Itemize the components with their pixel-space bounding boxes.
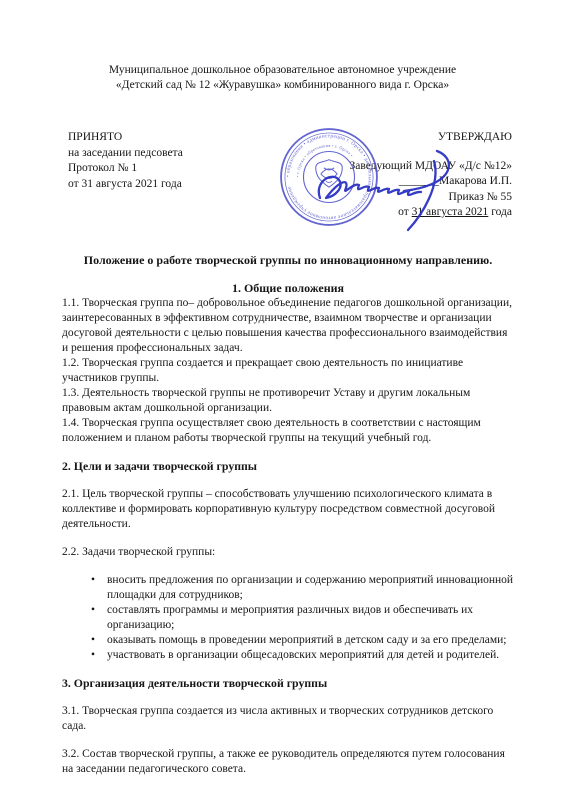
section2-heading: 2. Цели и задачи творческой группы — [62, 459, 514, 474]
org-name-line2: «Детский сад № 12 «Журавушка» комбиниров… — [0, 78, 565, 93]
paragraph-2-2: 2.2. Задачи творческой группы: — [62, 545, 514, 560]
paragraph-1-3: 1.3. Деятельность творческой группы не п… — [62, 386, 514, 416]
paragraph-3-1: 3.1. Творческая группа создается из числ… — [62, 704, 514, 734]
accepted-title: ПРИНЯТО — [68, 130, 183, 146]
paragraph-3-2: 3.2. Состав творческой группы, а также е… — [62, 747, 514, 777]
section1-heading: 1. Общие положения — [62, 281, 514, 296]
accepted-line4: от 31 августа 2021 года — [68, 177, 183, 193]
task-item: участвовать в организации общесадовских … — [62, 648, 514, 663]
task-item: вносить предложения по организации и сод… — [62, 573, 514, 603]
section3-heading: 3. Организация деятельности творческой г… — [62, 676, 514, 691]
paragraph-1-1: 1.1. Творческая группа по– добровольное … — [62, 296, 514, 356]
task-item: оказывать помощь в проведении мероприяти… — [62, 633, 514, 648]
paragraph-1-4: 1.4. Творческая группа осуществляет свою… — [62, 416, 514, 446]
accepted-block: ПРИНЯТО на заседании педсовета Протокол … — [68, 130, 183, 192]
document-page: Муниципальное дошкольное образовательное… — [0, 0, 565, 800]
task-item: составлять программы и мероприятия разли… — [62, 603, 514, 633]
date-suffix: года — [488, 206, 512, 218]
paragraph-1-2: 1.2. Творческая группа создается и прекр… — [62, 356, 514, 386]
document-body: Положение о работе творческой группы по … — [62, 253, 514, 777]
accepted-line2: на заседании педсовета — [68, 146, 183, 162]
signature-scrawl — [308, 144, 466, 242]
org-name-line1: Муниципальное дошкольное образовательное… — [0, 63, 565, 78]
paragraph-2-1: 2.1. Цель творческой группы – способство… — [62, 487, 514, 532]
document-title: Положение о работе творческой группы по … — [62, 253, 514, 268]
accepted-line3: Протокол № 1 — [68, 161, 183, 177]
org-header: Муниципальное дошкольное образовательное… — [0, 63, 565, 93]
tasks-bullet-list: вносить предложения по организации и сод… — [62, 573, 514, 663]
